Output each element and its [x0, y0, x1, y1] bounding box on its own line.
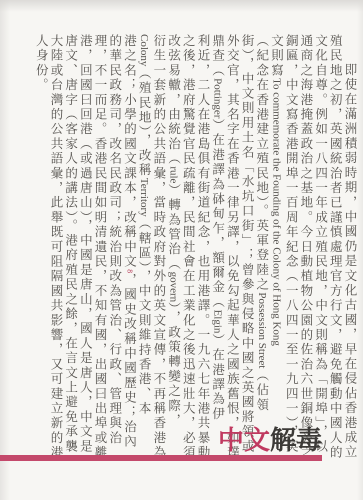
text-column: 改弦易轍，由統治（rule）轉為管治（govern），政策轉變之際，: [166, 34, 181, 450]
text-column: （紀念在香港建立殖民地）。英軍登陸之Possession Street（佔領: [254, 34, 269, 450]
text-column: 理，不一而足。香港民間如明清遺民，不知有國，出國曰出埠或離: [92, 34, 107, 450]
text-column: 大陸或台灣的公共語彙，此舉既可阻隔國共影響，又可建立新的港: [48, 34, 63, 450]
footer-accent-bar: [0, 455, 322, 461]
text-column: 銅匾，中文寫香港開埠一百周年紀念（一八四一至一九四一），英: [283, 34, 298, 450]
text-column: 即使在滿洲積弱時期，中國仍是文化古國，早在侵佔香港成立: [342, 34, 357, 450]
latin-text-run: Possession Street: [256, 292, 268, 368]
book-title-part1: 中文: [218, 425, 270, 455]
text-column: 文則寫To commemorate the Founding of the Co…: [269, 34, 284, 450]
latin-text-run: To commemorate the Founding of the Colon…: [270, 78, 282, 346]
footnote-marker: 8: [125, 269, 134, 273]
text-column: 港，回國曰回港（或過唐山），中國是唐山，國人是唐人，中文是: [78, 34, 93, 450]
scan-edge-right: [357, 0, 363, 500]
scan-edge-top: [0, 0, 363, 12]
text-column: 鼎查（Pottinger）在港譯為砵甸乍，額爾金（Elgin）在港譯為伊: [210, 34, 225, 450]
latin-text-run: Territory: [138, 178, 150, 217]
text-column: 唐文、唐字（客家人的講法）。港府殖民之餘，在言文上避免承襲: [63, 34, 78, 450]
text-column: 之後，港府驚覺官民疏離，民間社會在工業化之後迅速壯大，必須: [181, 34, 196, 450]
text-column: 衍生一套新的公共語彙，當時政府對外的英文宣傳，不再稱香港為: [151, 34, 166, 450]
book-title-logo: 中文解毒: [218, 427, 322, 453]
latin-text-run: govern: [168, 272, 180, 303]
text-column: Colony（殖民地），改稱Territory（轄區），中文則維持香港、本: [136, 34, 151, 450]
book-page: 即使在滿洲積弱時期，中國仍是文化古國，早在侵佔香港成立殖民地之初，英國統治者已謹…: [0, 0, 363, 500]
text-column: 通商之海港掩蓋政治之基地。今日動植物公園的佐治六世銅像旁之: [298, 34, 313, 450]
text-column: 人身份。: [34, 34, 49, 450]
latin-text-run: Colony: [138, 34, 150, 66]
latin-text-run: rule: [168, 166, 180, 183]
text-column: 街），中文則用土名「水坑口街」；曾參與侵略中國之英國將領或: [239, 34, 254, 450]
scan-edge-left: [0, 0, 10, 500]
book-title-part2: 解毒: [270, 425, 322, 455]
text-column: 文化自尊。例如一八四一年成立殖民地，中文則稱為「開埠」，以: [313, 34, 328, 450]
latin-text-run: Pottinger: [212, 78, 224, 118]
text-column: 的華民政務司，改名民政司；統治則改為管治、行政、管理與治: [107, 34, 122, 450]
text-column: 外交官，其名字在香港一律另譯，以免勾起華人之國族舊恨，如璞: [225, 34, 240, 450]
text-column: 利近，二人在港島俱有街道紀念，也用港譯。一九六七年港共暴動: [195, 34, 210, 450]
text-column: 殖民地之初，英國統治者已謹慎處理官方行文，避免觸動中國人的: [328, 34, 343, 450]
text-column: 港之名；小學的國文課本，改稱中文8，國史改稱中國歷史；治內: [122, 34, 137, 450]
article-text: 即使在滿洲積弱時期，中國仍是文化古國，早在侵佔香港成立殖民地之初，英國統治者已謹…: [34, 34, 357, 450]
latin-text-run: Elgin: [212, 310, 224, 334]
